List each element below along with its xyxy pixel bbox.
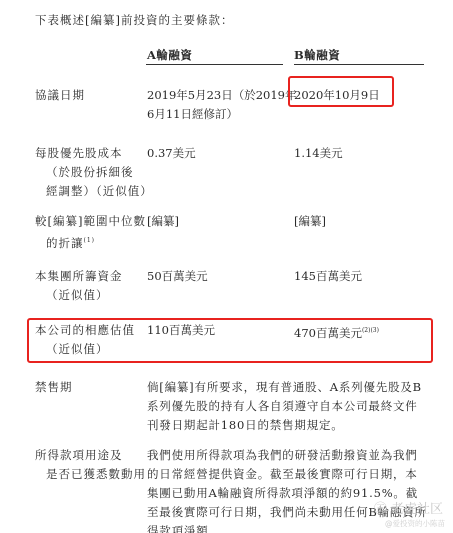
watermark-logo: ㊣ 老虎社区 bbox=[374, 498, 443, 517]
label-funds-raised: 本集團所籌資金 （近似值） bbox=[35, 267, 123, 305]
column-header-series-b: B輪融資 bbox=[294, 47, 340, 63]
watermark-author: @爱投资的小陈苗 bbox=[385, 518, 445, 529]
column-header-series-a: A輪融資 bbox=[147, 47, 192, 63]
text-lockup: 倘[編纂]有所要求，現有普通股、A系列優先股及B系列優先股的持有人各自須遵守自本… bbox=[147, 378, 427, 435]
label-cost-per-share: 每股優先股成本 （於股份拆細後 經調整）（近似值） bbox=[35, 144, 153, 201]
label-discount: 較[編纂]範圍中位數 的折讓(1) bbox=[35, 212, 146, 253]
highlight-box-agreement-date bbox=[288, 76, 394, 107]
cell-discount-a: [編纂] bbox=[147, 212, 179, 231]
label-agreement-date: 協議日期 bbox=[35, 86, 85, 105]
cell-agreement-date-a: 2019年5月23日（於2019年6月11日經修訂） bbox=[147, 86, 296, 124]
cell-cost-per-share-b: 1.14美元 bbox=[294, 144, 343, 163]
label-lockup: 禁售期 bbox=[35, 378, 73, 397]
cell-discount-b: [編纂] bbox=[294, 212, 326, 231]
cell-funds-raised-a: 50百萬美元 bbox=[147, 267, 208, 286]
cell-funds-raised-b: 145百萬美元 bbox=[294, 267, 362, 286]
label-use-of-proceeds: 所得款項用途及 是否已獲悉數動用 bbox=[35, 446, 146, 484]
intro-text: 下表概述[編纂]前投資的主要條款： bbox=[35, 12, 233, 28]
cell-cost-per-share-a: 0.37美元 bbox=[147, 144, 196, 163]
column-header-underline-a bbox=[146, 64, 283, 65]
column-header-underline-b bbox=[294, 64, 424, 65]
highlight-box-valuation bbox=[27, 318, 433, 363]
